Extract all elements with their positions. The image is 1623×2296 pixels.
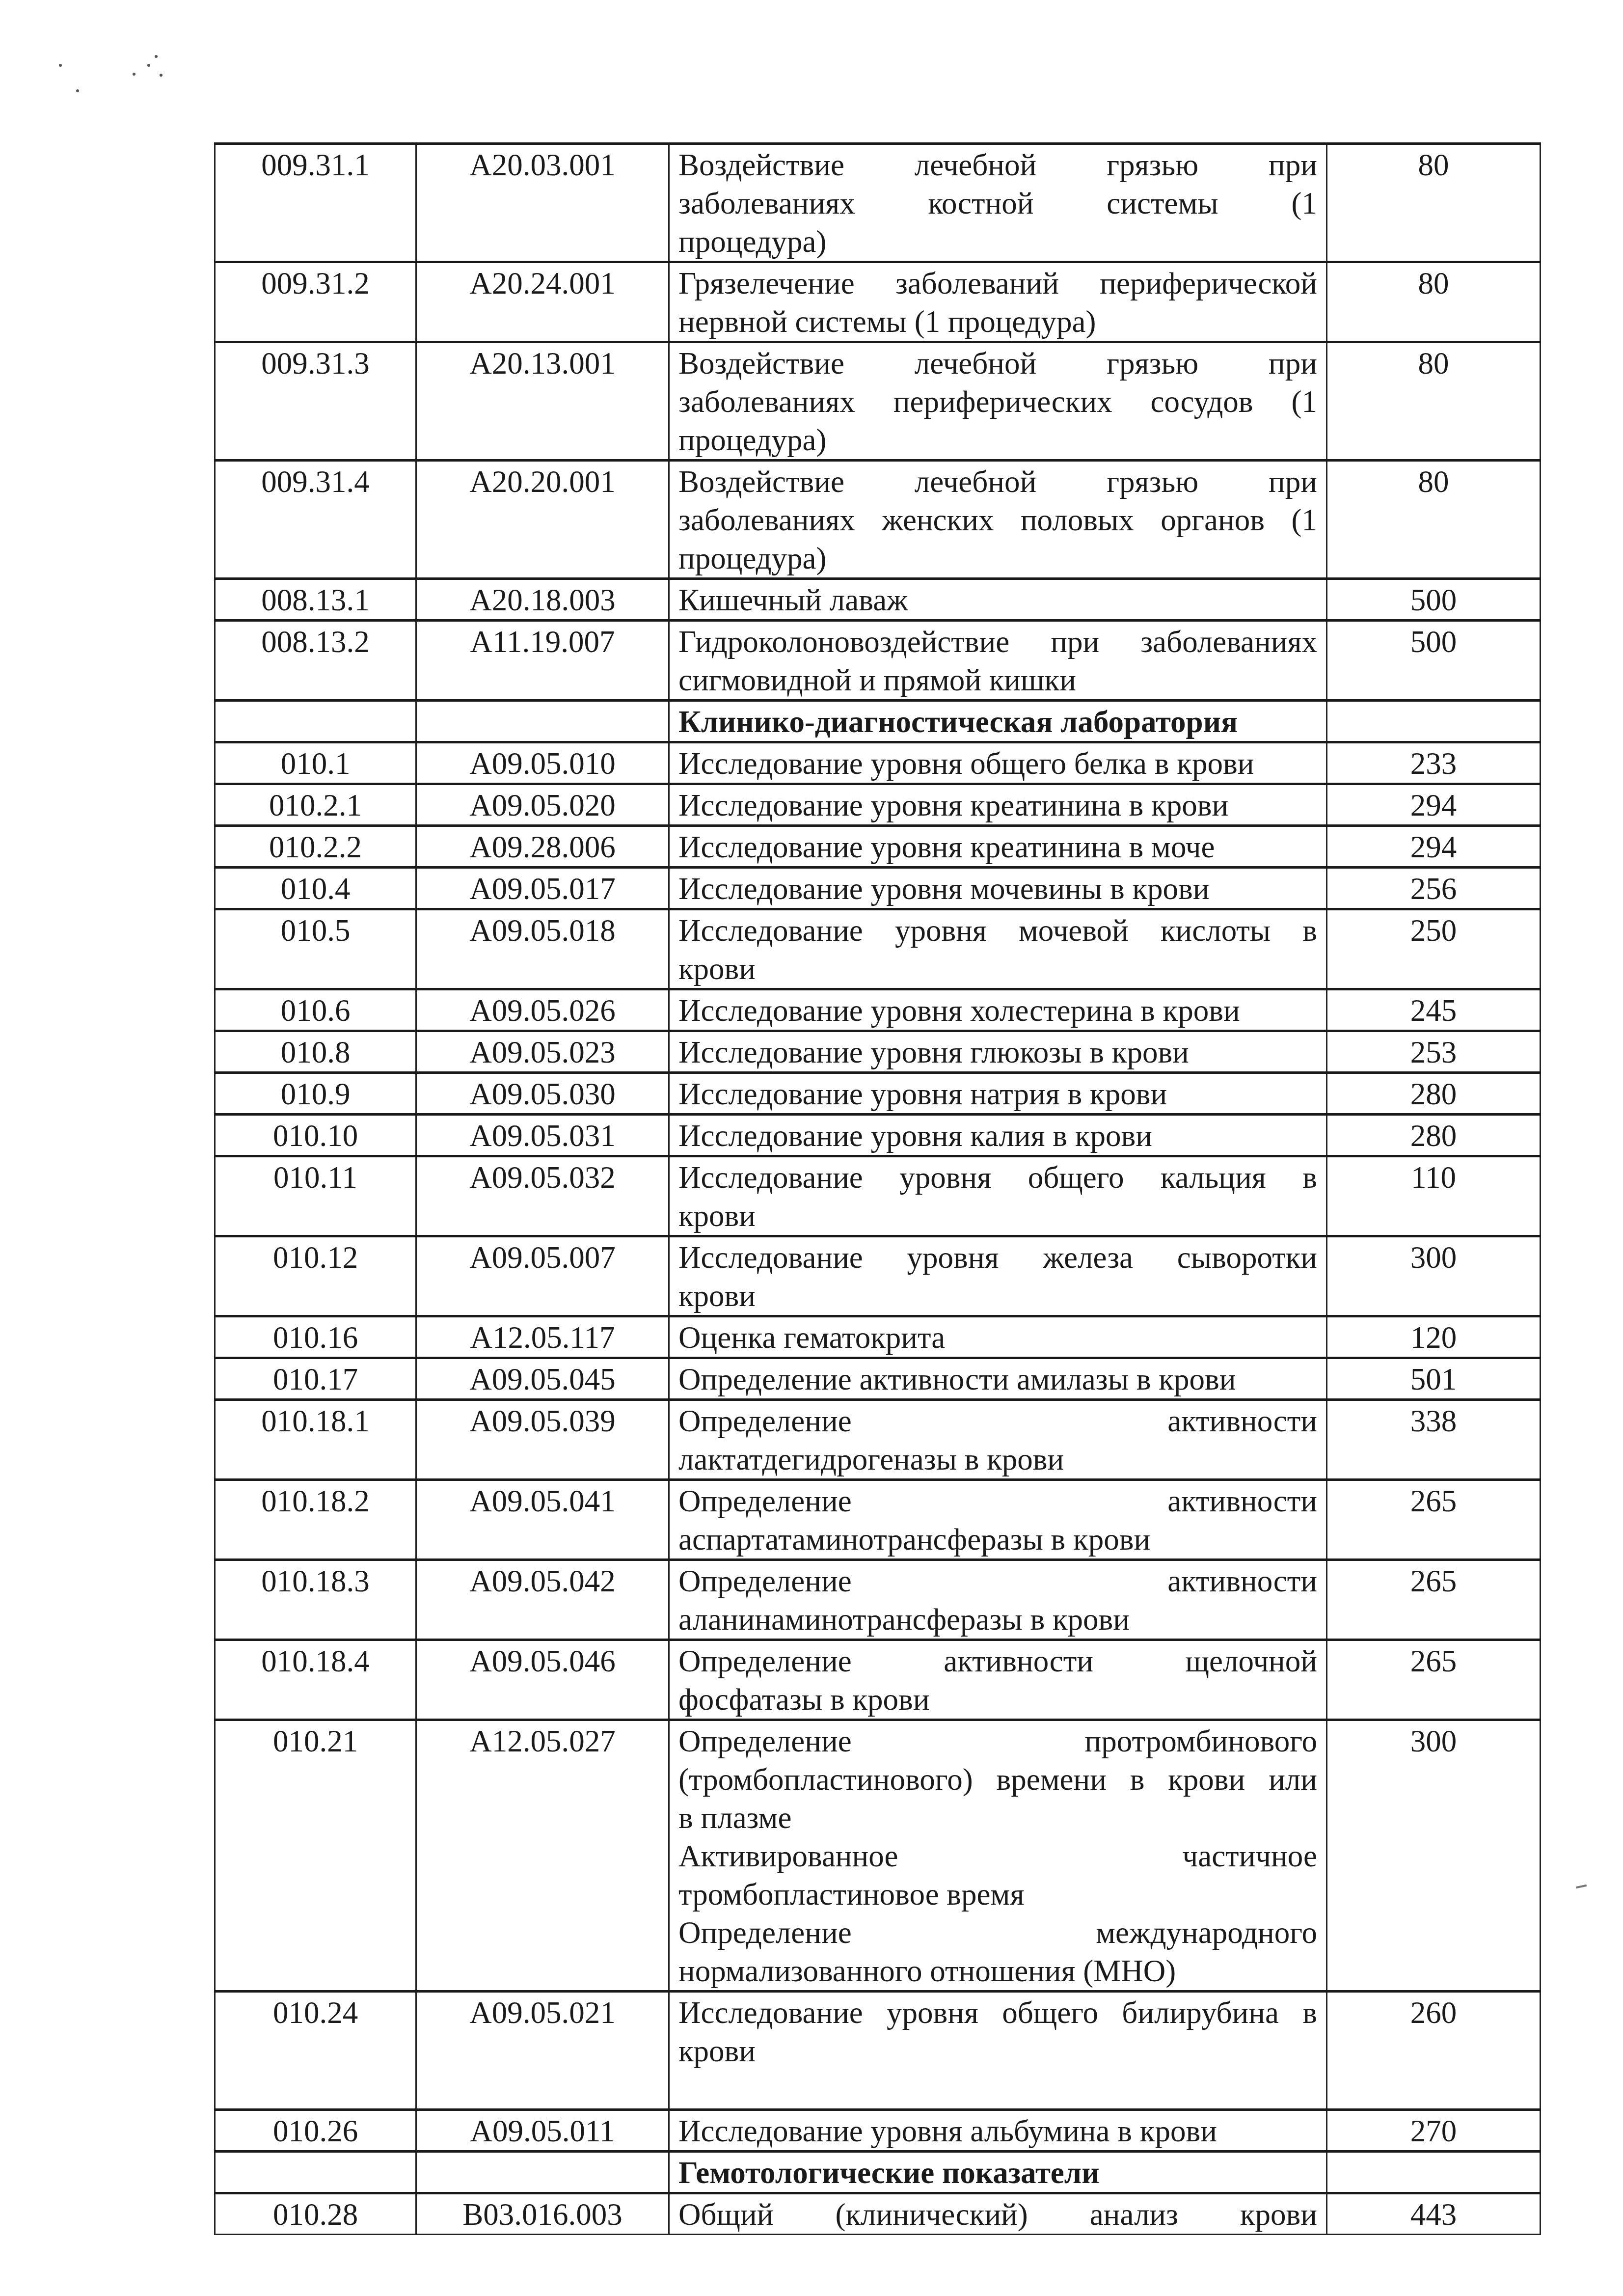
price-list-body: 009.31.1А20.03.001Воздействие лечебной г…	[215, 144, 1541, 2235]
nomenclature-code-cell: А20.24.001	[416, 262, 669, 342]
nomenclature-code-cell: А09.05.011	[416, 2110, 669, 2152]
scan-mark	[1576, 1885, 1587, 1888]
price-cell: 260	[1327, 1992, 1541, 2110]
price-cell: 80	[1327, 342, 1541, 461]
table-row: 009.31.2А20.24.001Грязелечение заболеван…	[215, 262, 1541, 342]
service-name-line: Оценка гематокрита	[678, 1318, 1317, 1357]
service-name-line: Грязелечение заболеваний периферической	[678, 264, 1317, 302]
price-cell: 256	[1327, 868, 1541, 909]
service-name-line: крови	[678, 1277, 1317, 1315]
table-row: 010.18.2А09.05.041Определение активности…	[215, 1480, 1541, 1560]
service-name-line: крови	[678, 950, 1317, 988]
service-name-line: крови	[678, 2032, 1317, 2070]
price-cell: 501	[1327, 1358, 1541, 1400]
service-name-line: Исследование уровня общего билирубина в	[678, 1994, 1317, 2032]
price-cell: 280	[1327, 1073, 1541, 1115]
service-name-line: лактатдегидрогеназы в крови	[678, 1440, 1317, 1478]
service-code-cell: 010.18.2	[215, 1480, 416, 1560]
service-name-cell: Исследование уровня мочевой кислоты вкро…	[669, 909, 1327, 989]
nomenclature-code-cell: А09.05.032	[416, 1156, 669, 1236]
service-name-line: крови	[678, 1197, 1317, 1235]
service-name-line: процедура)	[678, 222, 1317, 261]
section-header-row: Гемотологические показатели	[215, 2152, 1541, 2193]
table-row: 009.31.3А20.13.001Воздействие лечебной г…	[215, 342, 1541, 461]
service-code-cell: 010.24	[215, 1992, 416, 2110]
service-name-line: Исследование уровня мочевой кислоты в	[678, 911, 1317, 950]
price-cell: 245	[1327, 989, 1541, 1031]
service-name-line	[678, 2070, 1317, 2108]
price-cell: 233	[1327, 742, 1541, 784]
service-name-line: Исследование уровня железа сыворотки	[678, 1238, 1317, 1277]
service-code-cell: 010.10	[215, 1115, 416, 1156]
service-name-cell: Исследование уровня холестерина в крови	[669, 989, 1327, 1031]
nomenclature-code-cell: А09.05.041	[416, 1480, 669, 1560]
service-code-cell: 010.8	[215, 1031, 416, 1073]
service-code-cell: 010.18.3	[215, 1560, 416, 1640]
nomenclature-code-cell: А09.05.020	[416, 784, 669, 826]
service-code-cell: 009.31.4	[215, 461, 416, 579]
service-name-cell: Определение активности щелочнойфосфатазы…	[669, 1640, 1327, 1720]
nomenclature-code-cell: В03.016.003	[416, 2193, 669, 2235]
service-name-cell: Определение протромбинового(тромбопласти…	[669, 1720, 1327, 1992]
nomenclature-code-cell: А09.05.007	[416, 1236, 669, 1316]
price-cell: 80	[1327, 262, 1541, 342]
table-row: 010.18.1А09.05.039Определение активности…	[215, 1400, 1541, 1480]
table-row: 010.4А09.05.017Исследование уровня мочев…	[215, 868, 1541, 909]
table-row: 010.18.4А09.05.046Определение активности…	[215, 1640, 1541, 1720]
service-name-line: Исследование уровня холестерина в крови	[678, 991, 1317, 1030]
nomenclature-code-cell: А09.28.006	[416, 826, 669, 868]
section-title: Гемотологические показатели	[669, 2152, 1327, 2193]
service-name-line: фосфатазы в крови	[678, 1680, 1317, 1719]
service-name-line: Определение международного	[678, 1913, 1317, 1952]
service-code-cell: 010.17	[215, 1358, 416, 1400]
table-row: 008.13.2А11.19.007Гидроколоновоздействие…	[215, 621, 1541, 701]
service-code-cell: 008.13.2	[215, 621, 416, 701]
price-list-table: 009.31.1А20.03.001Воздействие лечебной г…	[214, 142, 1541, 2235]
service-name-line: Определение активности	[678, 1482, 1317, 1520]
nomenclature-code-cell: А20.20.001	[416, 461, 669, 579]
service-code-cell: 009.31.1	[215, 144, 416, 262]
table-row: 010.16А12.05.117Оценка гематокрита120	[215, 1316, 1541, 1358]
price-cell: 265	[1327, 1640, 1541, 1720]
service-name-line: Воздействие лечебной грязью при	[678, 344, 1317, 383]
service-code-cell: 009.31.2	[215, 262, 416, 342]
service-name-line: Активированное частичное	[678, 1837, 1317, 1875]
service-name-cell: Общий (клинический) анализ крови	[669, 2193, 1327, 2235]
service-name-cell: Определение активностилактатдегидрогеназ…	[669, 1400, 1327, 1480]
service-name-cell: Исследование уровня общего кальция вкров…	[669, 1156, 1327, 1236]
service-name-line: Определение активности щелочной	[678, 1642, 1317, 1680]
price-cell: 265	[1327, 1560, 1541, 1640]
service-name-cell: Воздействие лечебной грязью призаболеван…	[669, 342, 1327, 461]
service-name-line: заболеваниях периферических сосудов (1	[678, 383, 1317, 421]
table-row: 010.6А09.05.026Исследование уровня холес…	[215, 989, 1541, 1031]
price-cell: 265	[1327, 1480, 1541, 1560]
service-name-line: нормализованного отношения (МНО)	[678, 1952, 1317, 1990]
nomenclature-code-cell: А09.05.017	[416, 868, 669, 909]
service-name-line: сигмовидной и прямой кишки	[678, 661, 1317, 699]
service-name-line: аланинаминотрансферазы в крови	[678, 1600, 1317, 1639]
nomenclature-code-cell: А12.05.117	[416, 1316, 669, 1358]
price-cell: 280	[1327, 1115, 1541, 1156]
table-row: 010.24А09.05.021Исследование уровня обще…	[215, 1992, 1541, 2110]
service-code-cell: 010.11	[215, 1156, 416, 1236]
nomenclature-code-cell: А09.05.026	[416, 989, 669, 1031]
price-cell: 300	[1327, 1720, 1541, 1992]
service-name-line: процедура)	[678, 539, 1317, 577]
nomenclature-code-cell: А11.19.007	[416, 621, 669, 701]
service-name-cell: Исследование уровня глюкозы в крови	[669, 1031, 1327, 1073]
nomenclature-code-cell: А09.05.023	[416, 1031, 669, 1073]
table-row: 010.21А12.05.027Определение протромбинов…	[215, 1720, 1541, 1992]
table-row: 010.8А09.05.023Исследование уровня глюко…	[215, 1031, 1541, 1073]
table-row: 008.13.1А20.18.003Кишечный лаваж500	[215, 579, 1541, 621]
service-name-line: Гидроколоновоздействие при заболеваниях	[678, 623, 1317, 661]
nomenclature-code-cell: А09.05.021	[416, 1992, 669, 2110]
price-cell: 294	[1327, 826, 1541, 868]
service-name-line: Исследование уровня общего кальция в	[678, 1158, 1317, 1197]
service-code-cell: 010.2.1	[215, 784, 416, 826]
price-cell: 110	[1327, 1156, 1541, 1236]
table-row: 010.26А09.05.011Исследование уровня альб…	[215, 2110, 1541, 2152]
service-name-cell: Исследование уровня калия в крови	[669, 1115, 1327, 1156]
nomenclature-code-cell: А09.05.042	[416, 1560, 669, 1640]
service-name-line: нервной системы (1 процедура)	[678, 302, 1317, 341]
service-code-cell: 010.9	[215, 1073, 416, 1115]
price-cell: 270	[1327, 2110, 1541, 2152]
service-name-cell: Исследование уровня креатинина в моче	[669, 826, 1327, 868]
table-row: 010.2.2А09.28.006Исследование уровня кре…	[215, 826, 1541, 868]
service-name-line: Определение активности	[678, 1562, 1317, 1600]
table-row: 010.12А09.05.007Исследование уровня желе…	[215, 1236, 1541, 1316]
service-name-line: Определение активности	[678, 1402, 1317, 1440]
price-cell: 338	[1327, 1400, 1541, 1480]
service-code-cell: 010.4	[215, 868, 416, 909]
service-code-cell: 010.16	[215, 1316, 416, 1358]
table-row: 010.28В03.016.003Общий (клинический) ана…	[215, 2193, 1541, 2235]
service-name-line: Исследование уровня креатинина в крови	[678, 786, 1317, 824]
service-name-cell: Оценка гематокрита	[669, 1316, 1327, 1358]
service-code-cell: 010.21	[215, 1720, 416, 1992]
table-row: 010.5А09.05.018Исследование уровня мочев…	[215, 909, 1541, 989]
price-cell: 250	[1327, 909, 1541, 989]
price-cell: 120	[1327, 1316, 1541, 1358]
price-cell	[1327, 701, 1541, 742]
service-name-cell: Исследование уровня общего билирубина вк…	[669, 1992, 1327, 2110]
service-name-line: Общий (клинический) анализ крови	[678, 2195, 1317, 2234]
service-name-line: (тромбопластинового) времени в крови или	[678, 1760, 1317, 1799]
service-name-cell: Исследование уровня общего белка в крови	[669, 742, 1327, 784]
service-name-cell: Определение активности амилазы в крови	[669, 1358, 1327, 1400]
service-name-line: Кишечный лаваж	[678, 581, 1317, 619]
price-cell	[1327, 2152, 1541, 2193]
service-code-cell: 010.1	[215, 742, 416, 784]
nomenclature-code-cell	[416, 701, 669, 742]
price-cell: 443	[1327, 2193, 1541, 2235]
table-row: 010.1А09.05.010Исследование уровня общег…	[215, 742, 1541, 784]
service-name-line: Исследование уровня глюкозы в крови	[678, 1033, 1317, 1071]
service-name-line: Исследование уровня альбумина в крови	[678, 2112, 1317, 2150]
nomenclature-code-cell: А09.05.018	[416, 909, 669, 989]
section-header-row: Клинико-диагностическая лаборатория	[215, 701, 1541, 742]
service-code-cell: 010.18.4	[215, 1640, 416, 1720]
service-name-cell: Грязелечение заболеваний периферическойн…	[669, 262, 1327, 342]
nomenclature-code-cell: А20.18.003	[416, 579, 669, 621]
nomenclature-code-cell: А09.05.045	[416, 1358, 669, 1400]
service-name-cell: Гидроколоновоздействие при заболеванияхс…	[669, 621, 1327, 701]
service-code-cell: 009.31.3	[215, 342, 416, 461]
service-name-line: Исследование уровня мочевины в крови	[678, 870, 1317, 908]
price-cell: 500	[1327, 579, 1541, 621]
service-name-cell: Кишечный лаваж	[669, 579, 1327, 621]
table-row: 010.2.1А09.05.020Исследование уровня кре…	[215, 784, 1541, 826]
nomenclature-code-cell	[416, 2152, 669, 2193]
service-code-cell: 010.26	[215, 2110, 416, 2152]
nomenclature-code-cell: А09.05.039	[416, 1400, 669, 1480]
table-row: 009.31.4А20.20.001Воздействие лечебной г…	[215, 461, 1541, 579]
service-name-line: Исследование уровня калия в крови	[678, 1117, 1317, 1155]
section-title: Клинико-диагностическая лаборатория	[669, 701, 1327, 742]
service-name-line: процедура)	[678, 421, 1317, 459]
service-name-line: Определение протромбинового	[678, 1722, 1317, 1760]
service-code-cell: 010.5	[215, 909, 416, 989]
table-row: 010.11А09.05.032Исследование уровня обще…	[215, 1156, 1541, 1236]
price-cell: 300	[1327, 1236, 1541, 1316]
service-name-cell: Исследование уровня железа сывороткикров…	[669, 1236, 1327, 1316]
nomenclature-code-cell: А12.05.027	[416, 1720, 669, 1992]
price-cell: 80	[1327, 144, 1541, 262]
nomenclature-code-cell: А20.13.001	[416, 342, 669, 461]
nomenclature-code-cell: А09.05.030	[416, 1073, 669, 1115]
service-name-cell: Исследование уровня натрия в крови	[669, 1073, 1327, 1115]
service-code-cell: 010.18.1	[215, 1400, 416, 1480]
service-name-line: заболеваниях костной системы (1	[678, 184, 1317, 222]
service-name-line: заболеваниях женских половых органов (1	[678, 501, 1317, 539]
service-name-line: Исследование уровня креатинина в моче	[678, 828, 1317, 866]
service-name-line: Исследование уровня общего белка в крови	[678, 744, 1317, 783]
service-name-cell: Исследование уровня креатинина в крови	[669, 784, 1327, 826]
service-code-cell: 010.2.2	[215, 826, 416, 868]
nomenclature-code-cell: А09.05.010	[416, 742, 669, 784]
service-name-cell: Исследование уровня мочевины в крови	[669, 868, 1327, 909]
table-row: 010.18.3А09.05.042Определение активности…	[215, 1560, 1541, 1640]
table-row: 009.31.1А20.03.001Воздействие лечебной г…	[215, 144, 1541, 262]
service-name-line: Исследование уровня натрия в крови	[678, 1075, 1317, 1113]
service-code-cell: 008.13.1	[215, 579, 416, 621]
nomenclature-code-cell: А09.05.046	[416, 1640, 669, 1720]
service-name-line: Определение активности амилазы в крови	[678, 1360, 1317, 1398]
service-name-line: в плазме	[678, 1799, 1317, 1837]
service-name-line: Воздействие лечебной грязью при	[678, 146, 1317, 184]
service-name-line: тромбопластиновое время	[678, 1875, 1317, 1913]
service-name-cell: Исследование уровня альбумина в крови	[669, 2110, 1327, 2152]
nomenclature-code-cell: А09.05.031	[416, 1115, 669, 1156]
price-cell: 253	[1327, 1031, 1541, 1073]
service-name-cell: Определение активностиаланинаминотрансфе…	[669, 1560, 1327, 1640]
price-cell: 500	[1327, 621, 1541, 701]
service-name-cell: Воздействие лечебной грязью призаболеван…	[669, 461, 1327, 579]
scan-noise	[49, 49, 196, 108]
price-cell: 294	[1327, 784, 1541, 826]
table-row: 010.9А09.05.030Исследование уровня натри…	[215, 1073, 1541, 1115]
service-name-cell: Определение активностиаспартатаминотранс…	[669, 1480, 1327, 1560]
service-code-cell: 010.6	[215, 989, 416, 1031]
service-code-cell	[215, 701, 416, 742]
table-row: 010.17А09.05.045Определение активности а…	[215, 1358, 1541, 1400]
table-row: 010.10А09.05.031Исследование уровня кали…	[215, 1115, 1541, 1156]
service-code-cell	[215, 2152, 416, 2193]
service-code-cell: 010.12	[215, 1236, 416, 1316]
service-code-cell: 010.28	[215, 2193, 416, 2235]
price-cell: 80	[1327, 461, 1541, 579]
service-name-cell: Воздействие лечебной грязью призаболеван…	[669, 144, 1327, 262]
nomenclature-code-cell: А20.03.001	[416, 144, 669, 262]
service-name-line: Воздействие лечебной грязью при	[678, 463, 1317, 501]
service-name-line: аспартатаминотрансферазы в крови	[678, 1520, 1317, 1558]
